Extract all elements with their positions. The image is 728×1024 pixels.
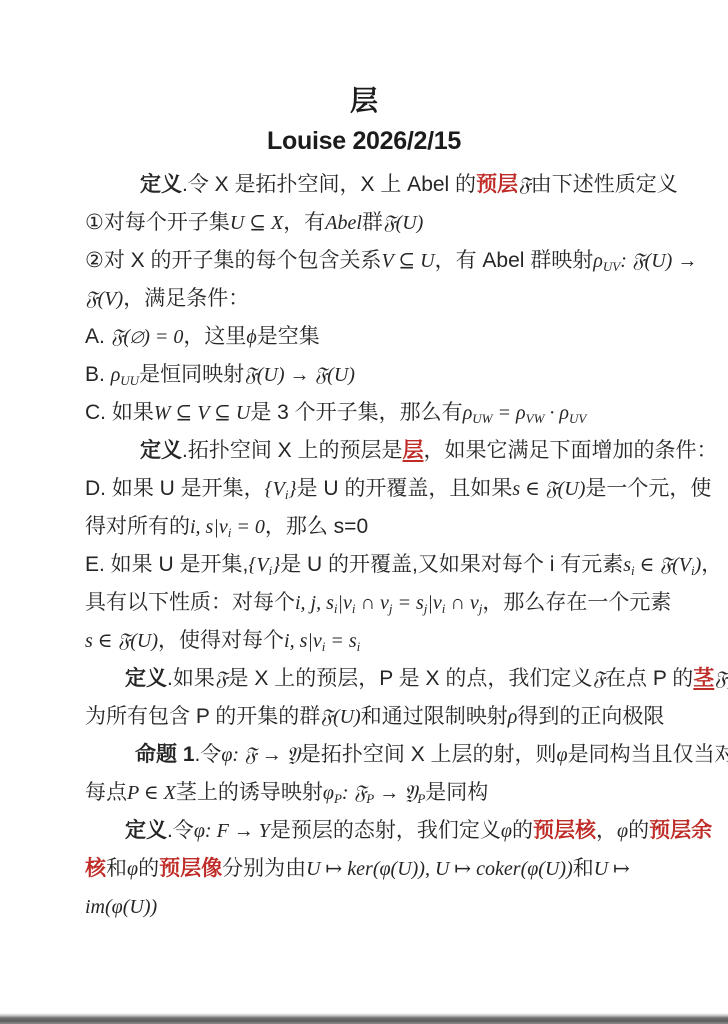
text-segment: .令 [167, 819, 194, 842]
definition-label: 定义 [140, 439, 182, 462]
math-segment: } [272, 554, 280, 576]
text-segment: ，那么 s=0 [265, 515, 368, 538]
math-segment: 𝔉 [518, 174, 531, 196]
math-segment: UV [569, 411, 586, 426]
text-segment: E. 如果 U 是开集, [85, 553, 248, 576]
page-subtitle: Louise 2026/2/15 [0, 122, 728, 160]
title-block: 层 Louise 2026/2/15 [0, 0, 728, 160]
math-segment: } [289, 478, 297, 500]
math-segment: φ [127, 858, 138, 880]
text-line: B. ρUU是恒同映射𝔉(U) → 𝔉(U) [85, 356, 645, 394]
text-segment: 为所有包含 P 的开集的群 [85, 705, 320, 728]
document-body: 定义.令 X 是拓扑空间，X 上 Abel 的预层𝔉由下述性质定义①对每个开子集… [85, 166, 645, 926]
text-line: 命题 1.令φ: 𝔉 → 𝔜是拓扑空间 X 上层的射，则φ是同构当且仅当对 [85, 736, 645, 774]
math-segment: 𝔉 [215, 668, 228, 690]
text-segment: 和 [573, 857, 594, 880]
text-segment: 是 X 上的预层，P 是 X 的点，我们定义 [228, 667, 593, 690]
definition-label: 定义 [125, 667, 167, 690]
math-segment: ϕ [246, 326, 256, 348]
text-segment: 是空集 [257, 325, 320, 348]
text-line: 定义.令 X 是拓扑空间，X 上 Abel 的预层𝔉由下述性质定义 [85, 166, 645, 204]
text-line: 定义.如果𝔉是 X 上的预层，P 是 X 的点，我们定义𝔉在点 P 的茎𝔉P [85, 660, 645, 698]
math-segment: = 0 [231, 516, 265, 538]
math-segment: 𝔉(V) [85, 288, 123, 310]
text-segment: .令 [195, 743, 222, 766]
math-segment: UU [120, 373, 139, 388]
text-segment: 是同构 [425, 781, 488, 804]
math-segment: 𝔉(U) [320, 706, 360, 728]
math-segment: 𝔉(U) → 𝔉(U) [244, 364, 355, 386]
text-segment: 是 U 的开覆盖,又如果对每个 i 有元素 [280, 553, 623, 576]
text-segment: 在点 P 的 [605, 667, 693, 690]
text-segment: 分别为由 [222, 857, 306, 880]
text-line: im(φ(U)) [85, 888, 645, 926]
math-segment: UV [603, 259, 620, 274]
text-line: 𝔉(V)，满足条件： [85, 280, 645, 318]
text-segment: ②对 X 的开子集的每个包含关系 [85, 249, 382, 272]
highlighted-term: 核 [85, 857, 106, 880]
math-segment: W ⊆ V ⊆ U [154, 402, 250, 424]
math-segment: ρ [516, 402, 526, 424]
math-segment: = [493, 402, 517, 424]
math-segment: 𝔉 [592, 668, 605, 690]
text-segment: 是同构当且仅当对 [568, 743, 728, 766]
text-segment: ，这里 [183, 325, 246, 348]
text-line: 具有以下性质：对每个i, j, si|vi ∩ vj = sj|vi ∩ vj，… [85, 584, 645, 622]
text-segment: 是预层的态射，我们定义 [270, 819, 501, 842]
math-segment: i, s|v [284, 630, 322, 652]
math-segment: P [366, 791, 374, 806]
math-segment: ∩ v [445, 592, 478, 614]
text-segment: .拓扑空间 X 上的预层是 [182, 439, 403, 462]
text-segment: 是一个元，使 [585, 477, 711, 500]
text-segment: 的 [138, 857, 159, 880]
text-segment: 每点 [85, 781, 127, 804]
math-segment: {V [248, 554, 268, 576]
text-line: s ∈ 𝔉(U)，使得对每个i, s|vi = si [85, 622, 645, 660]
text-line: 核和φ的预层像分别为由U ↦ ker(φ(U)), U ↦ coker(φ(U)… [85, 850, 645, 888]
math-segment: UW [472, 411, 492, 426]
text-segment: ，使得对每个 [158, 629, 284, 652]
math-segment: φ: F → Y [194, 820, 270, 842]
math-segment: i, j, s [295, 592, 334, 614]
math-segment: φ [323, 782, 334, 804]
text-segment: B. [85, 363, 111, 386]
text-segment: 群 [362, 211, 383, 234]
math-segment: 𝔉(∅) = 0 [111, 326, 184, 348]
math-segment: VW [526, 411, 545, 426]
text-segment: D. 如果 U 是开集， [85, 477, 265, 500]
text-segment: ，如果它满足下面增加的条件： [424, 439, 718, 462]
text-segment: A. [85, 325, 111, 348]
text-line: 每点P ∈ X茎上的诱导映射φP: 𝔉P → 𝔜P是同构 [85, 774, 645, 812]
definition-label: 定义 [140, 173, 182, 196]
math-segment: P ∈ X [127, 782, 176, 804]
text-segment: .如果 [167, 667, 215, 690]
highlighted-term: 茎 [693, 667, 714, 690]
math-segment: ρ [593, 250, 603, 272]
math-segment: φ [557, 744, 568, 766]
text-segment: 和通过限制映射 [361, 705, 508, 728]
page-title: 层 [0, 80, 728, 122]
text-segment: C. 如果 [85, 401, 154, 424]
math-segment: : 𝔉(U) → [620, 250, 697, 272]
math-segment: : 𝔉 [342, 782, 366, 804]
text-segment: 的 [628, 819, 649, 842]
text-segment: 和 [106, 857, 127, 880]
definition-label: 定义 [125, 819, 167, 842]
text-segment: 是 U 的开覆盖，且如果 [297, 477, 513, 500]
text-line: A. 𝔉(∅) = 0，这里ϕ是空集 [85, 318, 645, 356]
text-line: 定义.令φ: F → Y是预层的态射，我们定义φ的预层核，φ的预层余 [85, 812, 645, 850]
text-line: E. 如果 U 是开集,{Vi}是 U 的开覆盖,又如果对每个 i 有元素si … [85, 546, 645, 584]
math-segment: = s [392, 592, 423, 614]
math-segment: φ [501, 820, 512, 842]
math-segment: · [544, 402, 559, 424]
text-line: ②对 X 的开子集的每个包含关系V ⊆ U，有 Abel 群映射ρUV: 𝔉(U… [85, 242, 645, 280]
definition-label: 命题 1 [135, 743, 195, 766]
text-line: ①对每个开子集U ⊆ X，有Abel群𝔉(U) [85, 204, 645, 242]
highlighted-term: 预层 [476, 173, 518, 196]
text-segment: 得对所有的 [85, 515, 190, 538]
math-segment: 𝔉(U) [383, 212, 423, 234]
text-segment: ，满足条件： [123, 287, 249, 310]
text-line: 得对所有的i, s|vi = 0，那么 s=0 [85, 508, 645, 546]
math-segment: P [334, 791, 342, 806]
math-segment: |v [338, 592, 352, 614]
text-line: D. 如果 U 是开集，{Vi}是 U 的开覆盖，且如果s ∈ 𝔉(U)是一个元… [85, 470, 645, 508]
math-segment: i [357, 639, 361, 654]
text-segment: 得到的正向极限 [517, 705, 664, 728]
text-segment: ，有 Abel 群映射 [435, 249, 594, 272]
text-segment: .令 X 是拓扑空间，X 上 Abel 的 [182, 173, 476, 196]
text-segment: 是拓扑空间 X 上层的射，则 [300, 743, 557, 766]
highlighted-term: 预层像 [159, 857, 222, 880]
highlighted-term: 预层余 [649, 819, 712, 842]
text-line: C. 如果W ⊆ V ⊆ U是 3 个开子集，那么有ρUW = ρVW · ρU… [85, 394, 645, 432]
text-segment: 具有以下性质：对每个 [85, 591, 295, 614]
math-segment: φ [617, 820, 628, 842]
math-segment: im(φ(U)) [85, 896, 157, 918]
text-line: 定义.拓扑空间 X 上的预层是层，如果它满足下面增加的条件： [85, 432, 645, 470]
text-segment: ， [596, 819, 617, 842]
text-segment: 是 3 个开子集，那么有 [250, 401, 462, 424]
highlighted-term: 预层核 [533, 819, 596, 842]
math-segment: ρ [111, 364, 121, 386]
highlighted-term: 层 [403, 439, 424, 462]
math-segment: Abel [325, 212, 362, 234]
math-segment: ∈ 𝔉(V [635, 554, 691, 576]
text-segment: 茎上的诱导映射 [176, 781, 323, 804]
text-segment: ，那么存在一个元素 [482, 591, 671, 614]
text-segment: ，有 [283, 211, 325, 234]
document-page: 层 Louise 2026/2/15 定义.令 X 是拓扑空间，X 上 Abel… [0, 0, 728, 1024]
text-segment: ， [701, 553, 722, 576]
math-segment: → 𝔜 [374, 782, 417, 804]
math-segment: s [623, 554, 631, 576]
math-segment: U ↦ ker(φ(U)), U ↦ coker(φ(U)) [306, 858, 573, 880]
math-segment: ρ [508, 706, 518, 728]
page-bottom-edge [0, 1013, 728, 1024]
math-segment: U ↦ [594, 858, 630, 880]
math-segment: s ∈ 𝔉(U) [512, 478, 585, 500]
text-segment: 由下述性质定义 [531, 173, 678, 196]
math-segment: U ⊆ X [230, 212, 283, 234]
math-segment: φ: 𝔉 → 𝔜 [221, 744, 300, 766]
math-segment: V ⊆ U [382, 250, 435, 272]
text-segment: 是恒同映射 [139, 363, 244, 386]
math-segment: ∩ v [356, 592, 389, 614]
math-segment: s ∈ 𝔉(U) [85, 630, 158, 652]
text-segment: 的 [512, 819, 533, 842]
text-segment: ①对每个开子集 [85, 211, 230, 234]
math-segment: = s [325, 630, 356, 652]
math-segment: ρ [559, 402, 569, 424]
math-segment: |v [427, 592, 441, 614]
math-segment: 𝔉 [714, 668, 727, 690]
math-segment: ρ [463, 402, 473, 424]
math-segment: {V [265, 478, 285, 500]
math-segment: i, s|v [190, 516, 228, 538]
text-line: 为所有包含 P 的开集的群𝔉(U)和通过限制映射ρ得到的正向极限 [85, 698, 645, 736]
